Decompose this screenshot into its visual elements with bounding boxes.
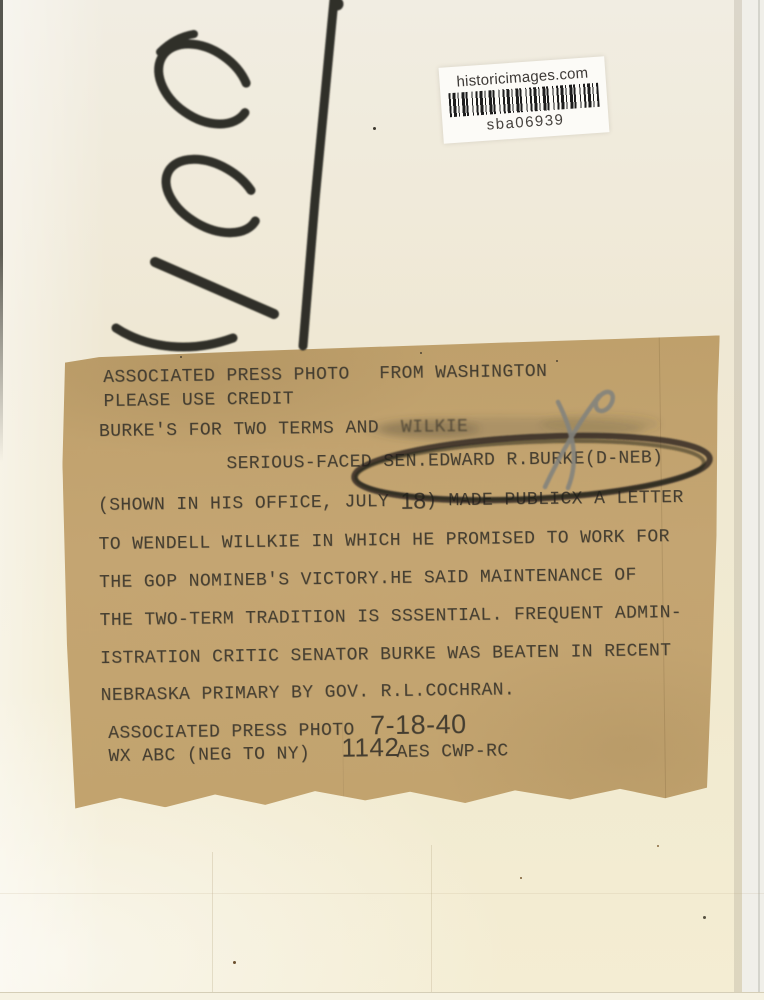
scan-right-edge-shadow xyxy=(734,0,742,1000)
paper-crease xyxy=(212,852,213,1000)
caption-footer-left: ASSOCIATED PRESS PHOTO xyxy=(108,719,355,746)
caption-footer-codes: WX ABC (NEG TO NY) xyxy=(108,742,310,769)
caption-line-willkie: TO WENDELL WILLKIE IN WHICH HE PROMISED … xyxy=(98,525,670,557)
scan-right-edge-line xyxy=(758,0,760,1000)
dust-speck xyxy=(703,916,706,919)
caption-line-office: (SHOWN IN HIS OFFICE, JULY 18) MADE PUBL… xyxy=(98,486,684,518)
crayon-vertical-line xyxy=(303,0,344,346)
caption-credit-line: PLEASE USE CREDIT xyxy=(103,387,294,414)
paper-crease xyxy=(0,893,764,894)
scan-bottom-edge xyxy=(0,992,764,1000)
inventory-sticker: historicimages.com sba06939 xyxy=(439,56,610,143)
crayon-number-marking xyxy=(116,27,274,347)
line-office-post: ) MADE PUBLICX A LETTER xyxy=(426,488,684,512)
dust-speck xyxy=(657,845,659,847)
scan-left-edge xyxy=(0,0,3,462)
caption-slug-line: BURKE'S FOR TWO TERMS ANDWILKIE xyxy=(99,415,469,444)
slug-smudged-word: WILKIE xyxy=(401,417,468,438)
dust-speck xyxy=(180,356,182,358)
caption-line-critic: ISTRATION CRITIC SENATOR BURKE WAS BEATE… xyxy=(100,639,672,671)
caption-footer-number: 1142 xyxy=(341,732,399,764)
sticker-code-label: sba06939 xyxy=(486,111,565,133)
paper-crease xyxy=(431,845,432,1000)
dust-speck xyxy=(556,360,558,362)
caption-header-left: ASSOCIATED PRESS PHOTO xyxy=(103,363,350,390)
caption-line-tradition: THE TWO-TERM TRADITION IS SSSENTIAL. FRE… xyxy=(99,601,682,633)
caption-slip: ASSOCIATED PRESS PHOTO FROM WASHINGTON P… xyxy=(59,335,729,812)
dust-speck xyxy=(233,961,236,964)
dust-speck xyxy=(420,352,422,354)
line-office-date-number: 18 xyxy=(400,488,426,514)
slug-text: BURKE'S FOR TWO TERMS AND xyxy=(99,418,379,442)
caption-header-right: FROM WASHINGTON xyxy=(379,360,547,386)
slip-crease xyxy=(659,336,667,804)
scan-right-edge-paper xyxy=(742,0,764,1000)
line-office-pre: (SHOWN IN HIS OFFICE, JULY xyxy=(98,492,401,516)
caption-line-gop: THE GOP NOMINEB'S VICTORY.HE SAID MAINTE… xyxy=(99,564,637,596)
dust-speck xyxy=(373,127,376,130)
caption-line-name: SERIOUS-FACED SEN.EDWARD R.BURKE(D-NEB) xyxy=(226,446,663,476)
dust-speck xyxy=(520,877,522,879)
caption-footer-suffix: AES CWP-RC xyxy=(396,739,508,765)
caption-line-nebraska: NEBRASKA PRIMARY BY GOV. R.L.COCHRAN. xyxy=(101,678,516,708)
photo-back-scan: historicimages.com sba06939 ASSOCIATED P… xyxy=(0,0,764,1000)
